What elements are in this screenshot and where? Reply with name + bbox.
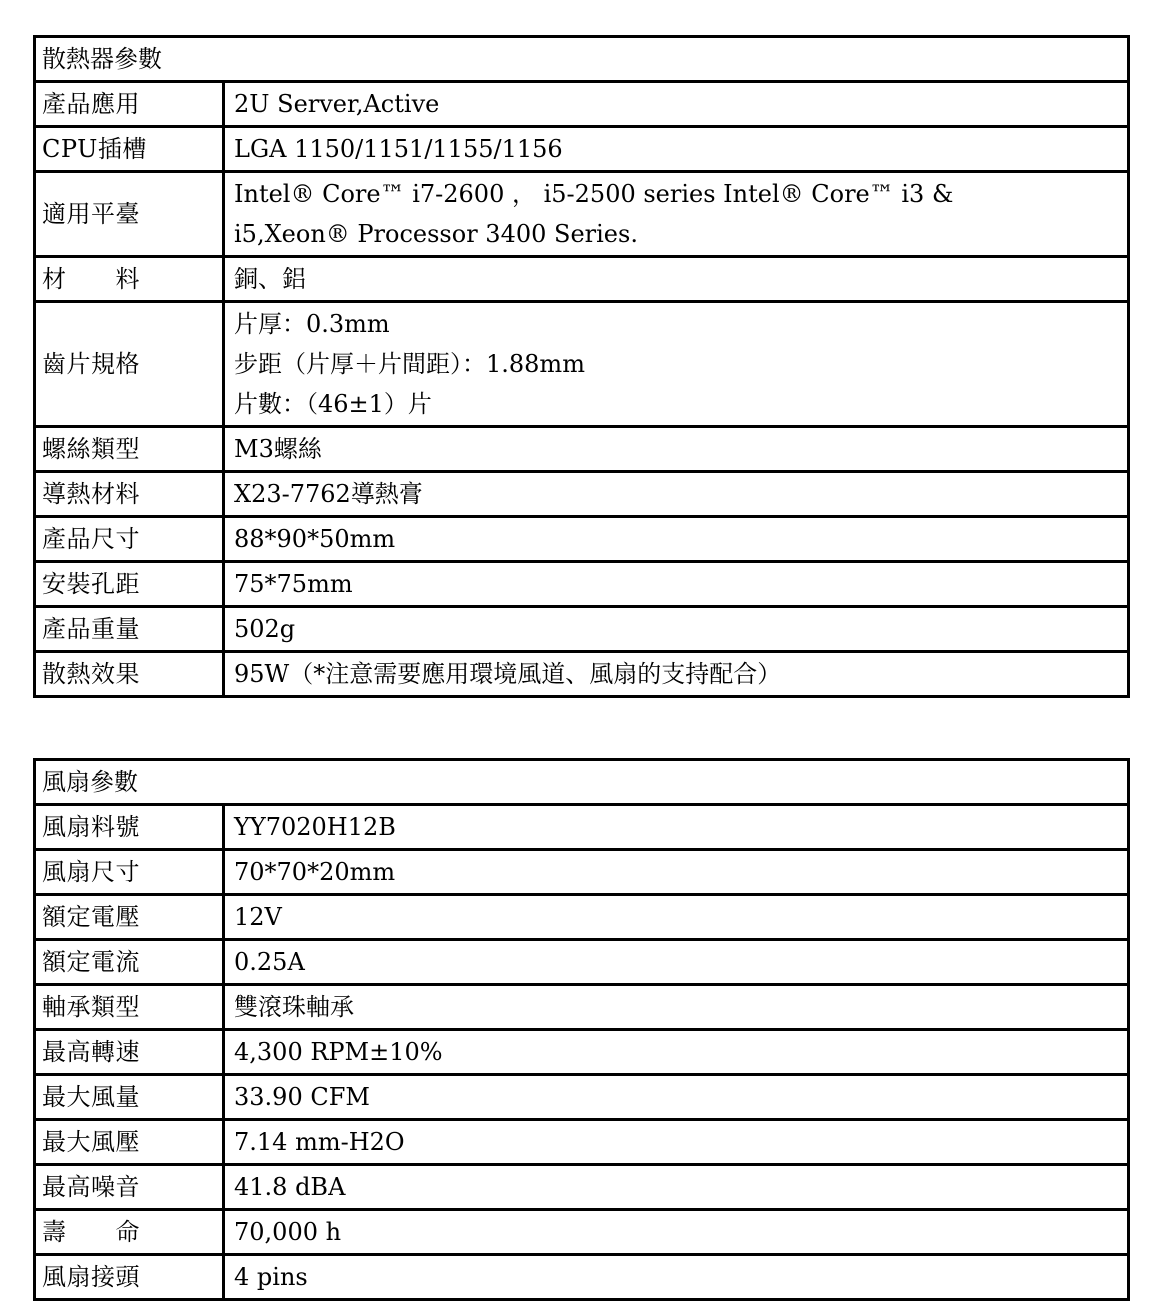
- spec-label: 最大風壓: [35, 1120, 224, 1165]
- spec-value: X23-7762導熱膏: [224, 472, 1129, 517]
- spec-label: 安裝孔距: [35, 562, 224, 607]
- table-row: 安裝孔距 75*75mm: [35, 562, 1129, 607]
- spec-value: 502g: [224, 607, 1129, 652]
- table-row: 散熱效果 95W（*注意需要應用環境風道、風扇的支持配合）: [35, 652, 1129, 697]
- spec-value: YY7020H12B: [224, 805, 1129, 850]
- spec-value: 雙滾珠軸承: [224, 985, 1129, 1030]
- spec-value: 95W（*注意需要應用環境風道、風扇的支持配合）: [224, 652, 1129, 697]
- spec-label: 軸承類型: [35, 985, 224, 1030]
- spec-value: 75*75mm: [224, 562, 1129, 607]
- spec-value: 4,300 RPM±10%: [224, 1030, 1129, 1075]
- spec-label: 最高噪音: [35, 1165, 224, 1210]
- table-row: 最高轉速 4,300 RPM±10%: [35, 1030, 1129, 1075]
- table-row: 風扇料號 YY7020H12B: [35, 805, 1129, 850]
- spec-label: 最大風量: [35, 1075, 224, 1120]
- spec-label: 風扇接頭: [35, 1255, 224, 1300]
- spec-value: 41.8 dBA: [224, 1165, 1129, 1210]
- table-row: 最大風量 33.90 CFM: [35, 1075, 1129, 1120]
- spec-value: LGA 1150/1151/1155/1156: [224, 127, 1129, 172]
- spec-label: 散熱效果: [35, 652, 224, 697]
- spec-label: 額定電流: [35, 940, 224, 985]
- spec-label: 螺絲類型: [35, 427, 224, 472]
- document-page: 散熱器參數 產品應用 2U Server,Active CPU插槽 LGA 11…: [0, 0, 1167, 1301]
- spec-value: 4 pins: [224, 1255, 1129, 1300]
- spec-label: 壽 命: [35, 1210, 224, 1255]
- table-row: 風扇尺寸 70*70*20mm: [35, 850, 1129, 895]
- table-row: 齒片規格 片厚：0.3mm 步距（片厚＋片間距）：1.88mm 片數：（46±1…: [35, 302, 1129, 427]
- table-row: 產品尺寸 88*90*50mm: [35, 517, 1129, 562]
- heatsink-spec-table: 散熱器參數 產品應用 2U Server,Active CPU插槽 LGA 11…: [33, 35, 1130, 698]
- spec-value: 88*90*50mm: [224, 517, 1129, 562]
- spec-value: 7.14 mm-H2O: [224, 1120, 1129, 1165]
- table-row: 壽 命 70,000 h: [35, 1210, 1129, 1255]
- spec-label: 產品應用: [35, 82, 224, 127]
- spec-value: 12V: [224, 895, 1129, 940]
- spec-value: 片厚：0.3mm 步距（片厚＋片間距）：1.88mm 片數：（46±1）片: [224, 302, 1129, 427]
- fan-spec-table: 風扇參數 風扇料號 YY7020H12B 風扇尺寸 70*70*20mm 額定電…: [33, 758, 1130, 1301]
- table-row: 產品應用 2U Server,Active: [35, 82, 1129, 127]
- table-title: 散熱器參數: [35, 37, 1129, 82]
- spec-value: 2U Server,Active: [224, 82, 1129, 127]
- table-row: 適用平臺 Intel® Core™ i7-2600 ， i5-2500 seri…: [35, 172, 1129, 257]
- spec-label: 產品尺寸: [35, 517, 224, 562]
- spec-value: Intel® Core™ i7-2600 ， i5-2500 series In…: [224, 172, 1129, 257]
- spec-label: 風扇尺寸: [35, 850, 224, 895]
- spec-label: CPU插槽: [35, 127, 224, 172]
- table-row: 額定電流 0.25A: [35, 940, 1129, 985]
- spec-label: 適用平臺: [35, 172, 224, 257]
- table-row: CPU插槽 LGA 1150/1151/1155/1156: [35, 127, 1129, 172]
- spec-label: 導熱材料: [35, 472, 224, 517]
- table-row: 螺絲類型 M3螺絲: [35, 427, 1129, 472]
- spec-value: M3螺絲: [224, 427, 1129, 472]
- spec-value: 銅、鋁: [224, 257, 1129, 302]
- spec-value: 70,000 h: [224, 1210, 1129, 1255]
- table-row: 最高噪音 41.8 dBA: [35, 1165, 1129, 1210]
- spec-label: 風扇料號: [35, 805, 224, 850]
- spec-value: 70*70*20mm: [224, 850, 1129, 895]
- table-row: 軸承類型 雙滾珠軸承: [35, 985, 1129, 1030]
- spec-label: 材 料: [35, 257, 224, 302]
- spec-label: 額定電壓: [35, 895, 224, 940]
- spec-value: 0.25A: [224, 940, 1129, 985]
- table-row: 最大風壓 7.14 mm-H2O: [35, 1120, 1129, 1165]
- table-header-row: 散熱器參數: [35, 37, 1129, 82]
- table-row: 產品重量 502g: [35, 607, 1129, 652]
- spec-label: 齒片規格: [35, 302, 224, 427]
- table-header-row: 風扇參數: [35, 760, 1129, 805]
- table-row: 額定電壓 12V: [35, 895, 1129, 940]
- spec-label: 最高轉速: [35, 1030, 224, 1075]
- spec-value: 33.90 CFM: [224, 1075, 1129, 1120]
- spec-label: 產品重量: [35, 607, 224, 652]
- table-row: 風扇接頭 4 pins: [35, 1255, 1129, 1300]
- table-row: 材 料 銅、鋁: [35, 257, 1129, 302]
- table-title: 風扇參數: [35, 760, 1129, 805]
- table-row: 導熱材料 X23-7762導熱膏: [35, 472, 1129, 517]
